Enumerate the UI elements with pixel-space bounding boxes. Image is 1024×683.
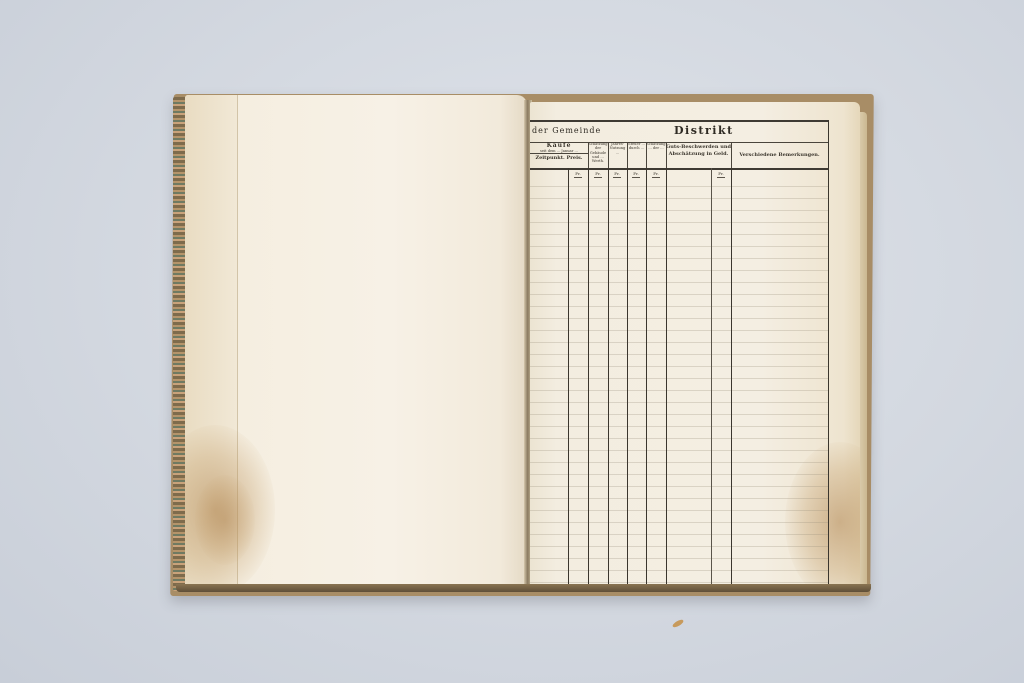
title-gemeinde: der Gemeinde xyxy=(532,126,601,135)
column-rule xyxy=(568,168,569,588)
cover-bottom-edge xyxy=(176,584,871,592)
ledger-book: der Gemeinde Distrikt Käufe seit dem ...… xyxy=(0,0,1024,683)
column-rule xyxy=(731,168,732,588)
header-kaeufe: Käufe seit dem ... Januar ... Zeitpunkt.… xyxy=(530,142,589,168)
ruled-lines xyxy=(530,175,828,588)
ledger-form: der Gemeinde Distrikt Käufe seit dem ...… xyxy=(530,120,828,590)
currency-mark: Fr. xyxy=(630,171,642,178)
header-steuer: Steuer ... durch ... xyxy=(627,142,647,168)
currency-mark: Fr. xyxy=(715,171,727,178)
right-page: der Gemeinde Distrikt Käufe seit dem ...… xyxy=(530,102,860,590)
column-rule xyxy=(588,168,589,588)
column-rule xyxy=(646,168,647,588)
title-distrikt: Distrikt xyxy=(674,124,734,137)
form-title-row: der Gemeinde Distrikt xyxy=(530,122,828,143)
currency-mark: Fr. xyxy=(611,171,623,178)
paper-fragment xyxy=(672,618,685,628)
currency-mark: Fr. xyxy=(592,171,604,178)
header-guts-beschwerden: Guts-Beschwerden und Abschätzung in Geld… xyxy=(666,142,732,170)
left-page xyxy=(185,95,527,589)
currency-mark: Fr. xyxy=(650,171,662,178)
currency-mark: Fr. xyxy=(572,171,584,178)
header-jahres-nutzung: Jahres-Nutzung ... xyxy=(608,142,628,168)
column-rule xyxy=(608,168,609,588)
column-rule xyxy=(627,168,628,588)
header-bemerkungen: Verschiedene Bemerkungen. xyxy=(731,142,828,168)
column-rule xyxy=(666,168,667,588)
water-stain xyxy=(195,475,255,565)
column-rule xyxy=(711,168,712,588)
header-schaetzung-gebaeude: Schätzung der Gebäude und ... Werth. xyxy=(588,142,609,168)
header-schaetzung: Schätzung ... der ... xyxy=(646,142,667,168)
